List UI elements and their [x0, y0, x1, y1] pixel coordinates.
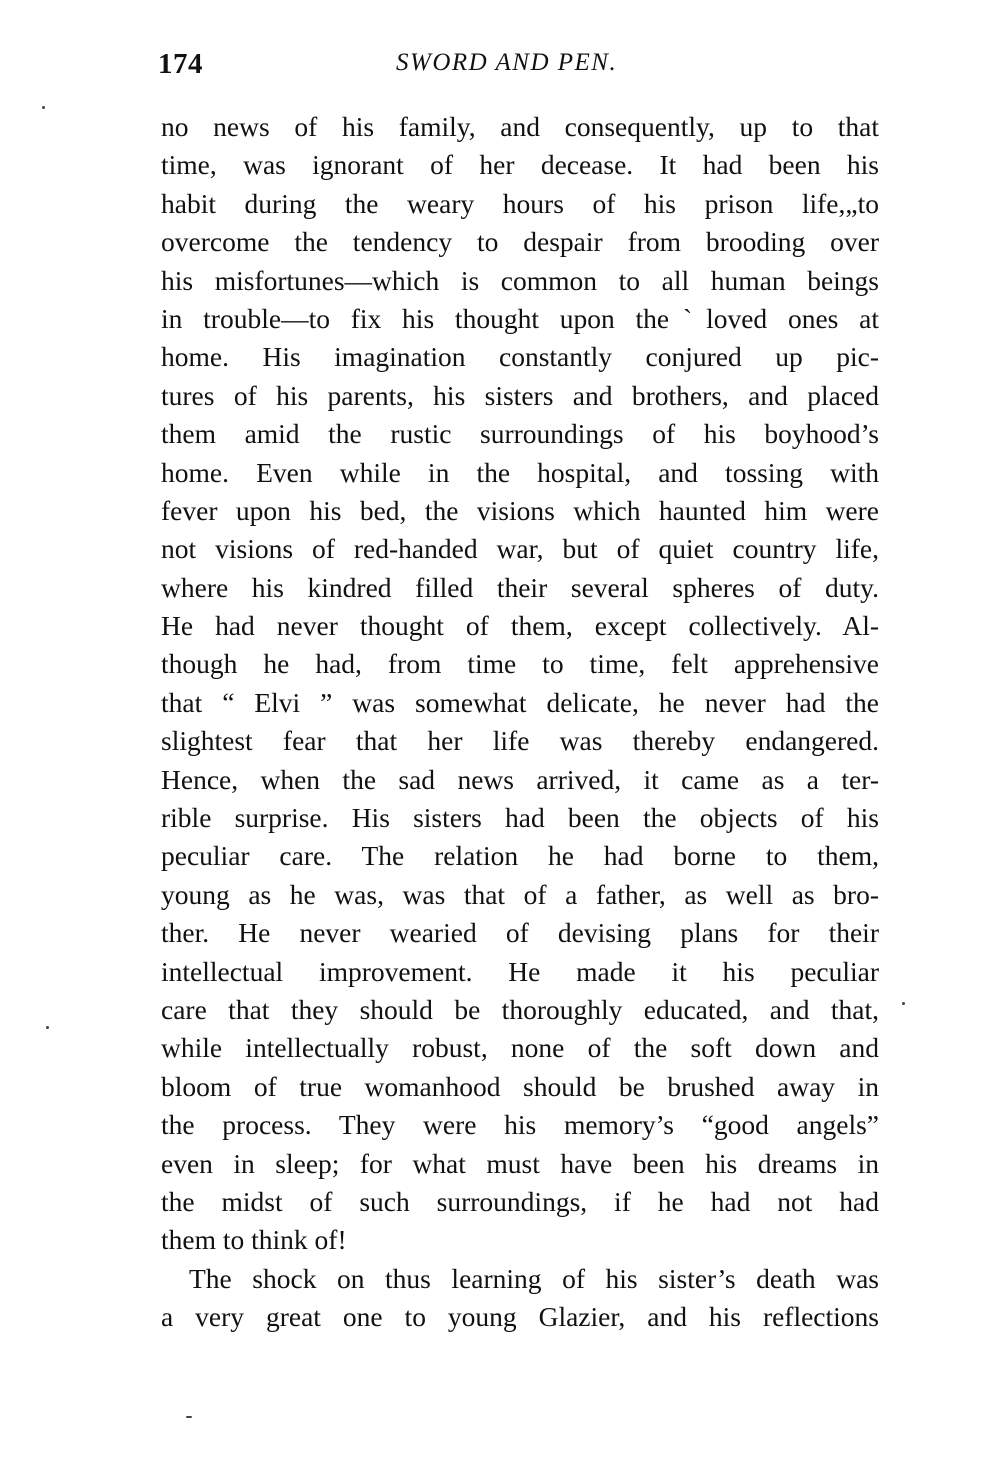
text-line: the process. They were his memory’s “goo… — [161, 1106, 879, 1144]
paragraph-2: The shock on thus learning of his sister… — [161, 1260, 879, 1337]
text-line: no news of his family, and consequently,… — [161, 108, 879, 146]
text-line: time, was ignorant of her decease. It ha… — [161, 146, 879, 184]
text-line: home. His imagination constantly conjure… — [161, 338, 879, 376]
text-line: Hence, when the sad news arrived, it cam… — [161, 761, 879, 799]
text-line: care that they should be thoroughly educ… — [161, 991, 879, 1029]
text-line: the midst of such surroundings, if he ha… — [161, 1183, 879, 1221]
scan-speck — [186, 1416, 192, 1418]
text-line: them amid the rustic surroundings of his… — [161, 415, 879, 453]
page-number: 174 — [158, 48, 203, 81]
text-line: while intellectually robust, none of the… — [161, 1029, 879, 1067]
text-line: a very great one to young Glazier, and h… — [161, 1298, 879, 1336]
text-line: peculiar care. The relation he had borne… — [161, 837, 879, 875]
running-title: SWORD AND PEN. — [396, 49, 617, 77]
text-line: tures of his parents, his sisters and br… — [161, 377, 879, 415]
text-line: them to think of! — [161, 1221, 879, 1259]
body-text: no news of his family, and consequently,… — [161, 108, 879, 1337]
book-page: 174 SWORD AND PEN. no news of his family… — [0, 0, 1000, 1484]
text-line: intellectual improvement. He made it his… — [161, 953, 879, 991]
text-line: slightest fear that her life was thereby… — [161, 722, 879, 760]
scan-speck — [42, 106, 45, 109]
text-line: even in sleep; for what must have been h… — [161, 1145, 879, 1183]
text-line: overcome the tendency to despair from br… — [161, 223, 879, 261]
text-line: ther. He never wearied of devising plans… — [161, 914, 879, 952]
text-line: habit during the weary hours of his pris… — [161, 185, 879, 223]
text-line: home. Even while in the hospital, and to… — [161, 454, 879, 492]
text-line: that “ Elvi ” was somewhat delicate, he … — [161, 684, 879, 722]
text-line: where his kindred filled their several s… — [161, 569, 879, 607]
text-line: young as he was, was that of a father, a… — [161, 876, 879, 914]
text-line: The shock on thus learning of his sister… — [161, 1260, 879, 1298]
text-line: though he had, from time to time, felt a… — [161, 645, 879, 683]
text-line: not visions of red-handed war, but of qu… — [161, 530, 879, 568]
scan-speck — [902, 1002, 905, 1005]
paragraph-1: no news of his family, and consequently,… — [161, 108, 879, 1260]
text-line: in trouble—to fix his thought upon theˋl… — [161, 300, 879, 338]
text-line: bloom of true womanhood should be brushe… — [161, 1068, 879, 1106]
scan-speck — [46, 1026, 49, 1029]
text-line: He had never thought of them, except col… — [161, 607, 879, 645]
text-line: his misfortunes—which is common to all h… — [161, 262, 879, 300]
text-line: fever upon his bed, the visions which ha… — [161, 492, 879, 530]
running-head: 174 SWORD AND PEN. — [158, 48, 878, 84]
text-line: rible surprise. His sisters had been the… — [161, 799, 879, 837]
